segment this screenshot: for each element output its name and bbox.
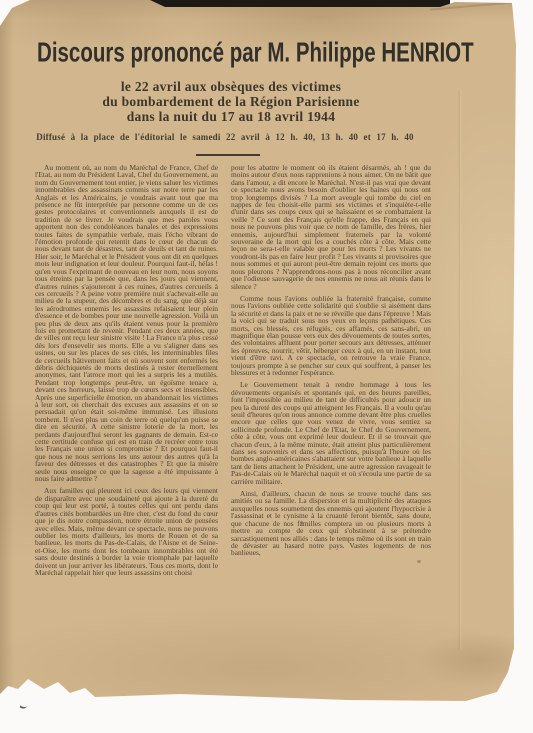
subtitle-line-2: du bombardement de la Région Parisienne [35, 94, 427, 109]
subtitle-line-1: le 22 avril aux obsèques des victimes [35, 79, 427, 94]
document-title: Discours prononcé par M. Philippe HENRIO… [37, 37, 474, 69]
text-column-left: Au moment où, au nom du Maréchal de Fran… [35, 164, 218, 576]
subtitle-line-3: dans la nuit du 17 au 18 avril 1944 [35, 109, 427, 124]
document-subtitle: le 22 avril aux obsèques des victimes du… [35, 79, 427, 124]
paper-crease-vertical [458, 90, 462, 650]
pen-mark [19, 703, 27, 710]
body-text: Au moment où, au nom du Maréchal de Fran… [35, 164, 431, 576]
paragraph-continuation: pour les abattre le moment où ils étaien… [231, 164, 431, 290]
paragraph: Ainsi, d'ailleurs, chacun de nous se tro… [231, 490, 431, 557]
paragraph: Le Gouvernement tenait à rendre hommage … [231, 381, 431, 485]
divider-rule [196, 154, 260, 156]
scanned-document-page: Discours prononcé par M. Philippe HENRIO… [0, 0, 533, 733]
paragraph: Comme nous l'avions oubliée la fraternit… [231, 295, 431, 376]
text-column-right: pour les abattre le moment où ils étaien… [231, 164, 431, 576]
paragraph: Aux familles qui pleurent ici ceux des l… [35, 487, 218, 576]
scanner-background-strip [150, 0, 450, 8]
paragraph: Au moment où, au nom du Maréchal de Fran… [35, 164, 218, 482]
broadcast-note: Diffusé à la place de l'éditorial le sam… [35, 132, 415, 142]
aged-paper-sheet: Discours prononcé par M. Philippe HENRIO… [0, 0, 533, 733]
